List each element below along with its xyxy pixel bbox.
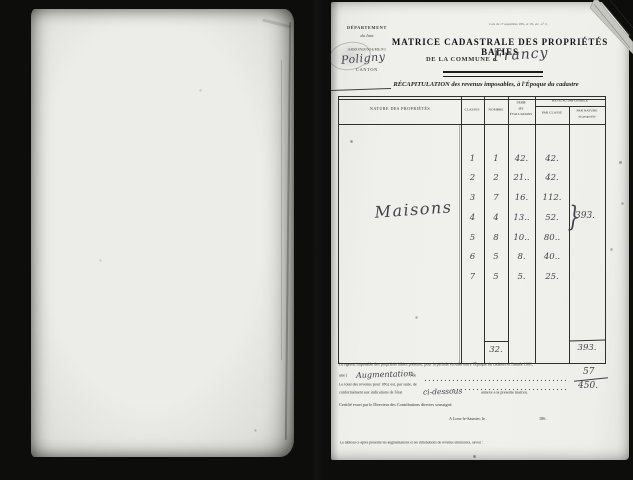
column-header-evaluations: ÉVALUATIONS bbox=[507, 113, 535, 116]
scan-background: DÉPARTEMENT du Jura ARRONDISSEMENT Polig… bbox=[0, 0, 633, 480]
augmentation-handwritten: Augmentation bbox=[356, 369, 414, 380]
page-curl-crease bbox=[281, 60, 282, 360]
folded-corner bbox=[586, 0, 633, 54]
paper-speckles bbox=[0, 0, 1, 1]
row-classe: 7 bbox=[461, 271, 484, 283]
column-header-tarif-des: des bbox=[506, 107, 536, 111]
document-page: DÉPARTEMENT du Jura ARRONDISSEMENT Polig… bbox=[331, 2, 629, 460]
row-par-classe: 25. bbox=[535, 271, 569, 283]
column-rule bbox=[461, 97, 462, 363]
footnote-line: Le tableau ci-après présente les augment… bbox=[340, 441, 483, 445]
summary-annexe: annexé à la présente matrice. bbox=[481, 391, 528, 395]
year-blank: 186 . bbox=[539, 417, 547, 421]
etat-handwritten: ci-dessous bbox=[423, 386, 463, 396]
column-rule bbox=[508, 97, 509, 363]
par-nature-total: 393. bbox=[575, 211, 605, 221]
left-blank-page bbox=[31, 9, 294, 457]
row-tarif: 13.. bbox=[508, 212, 535, 224]
row-classe: 2 bbox=[461, 172, 484, 184]
group-header-rule bbox=[535, 106, 605, 107]
canton-label: CANTON bbox=[345, 68, 390, 72]
row-tarif: 21.. bbox=[508, 172, 535, 184]
row-par-classe: 42. bbox=[535, 172, 569, 184]
column-rule bbox=[484, 97, 485, 363]
column-header-par-nature-2: de propriété bbox=[573, 115, 602, 118]
row-nombre: 5 bbox=[484, 271, 508, 283]
increase-amount: 57 bbox=[583, 367, 594, 377]
row-classe: 3 bbox=[461, 192, 484, 204]
column-header-par-classe: PAR CLASSE bbox=[538, 111, 567, 114]
row-nombre: 4 bbox=[484, 212, 508, 224]
summary-line-total: Le total des revenus pour 1862 est, par … bbox=[339, 383, 417, 387]
column-rule-ghost bbox=[459, 125, 460, 363]
law-reference-note: Lois du 17 septembre 186., et 18., etc.,… bbox=[468, 23, 570, 26]
column-header-par-nature: PAR NATURE bbox=[573, 109, 602, 112]
page-binding bbox=[291, 0, 339, 480]
row-tarif: 8. bbox=[508, 251, 535, 263]
header-bottom-rule bbox=[339, 124, 605, 125]
row-classe: 6 bbox=[461, 251, 484, 263]
row-classe: 1 bbox=[461, 153, 484, 165]
commune-handwritten-value: Francy bbox=[493, 45, 550, 65]
column-header-classes: CLASSES bbox=[460, 108, 483, 111]
row-nombre: 2 bbox=[484, 172, 508, 184]
total-amount: 450. bbox=[578, 381, 598, 391]
row-par-classe: 42. bbox=[535, 153, 569, 165]
group-header-revenu-imposable: REVENU IMPOSABLE bbox=[549, 99, 591, 103]
place-date-line: A Lons-le-Saunier, le . bbox=[449, 417, 487, 421]
summary-line-revenu: Le revenu imposable des propriétés bâtie… bbox=[339, 363, 533, 367]
column-rule bbox=[569, 106, 570, 363]
row-classe: 4 bbox=[461, 212, 484, 224]
row-nombre: 7 bbox=[484, 192, 508, 204]
row-par-classe: 52. bbox=[535, 212, 569, 224]
row-par-classe: 80.. bbox=[535, 232, 569, 244]
column-header-nature: NATURE DES PROPRIÉTÉS bbox=[357, 107, 442, 111]
recapitulation-subtitle: RÉCAPITULATION des revenus imposables, à… bbox=[361, 81, 611, 88]
commune-label: DE LA COMMUNE d bbox=[426, 56, 497, 63]
column-rule bbox=[535, 97, 536, 363]
total-nombre: 32. bbox=[484, 344, 508, 356]
summary-une-prefix: une ( bbox=[339, 374, 347, 378]
summary-conformement: conformément aux indications de l'état bbox=[339, 391, 402, 395]
row-par-classe: 40.. bbox=[535, 251, 569, 263]
dotted-leader bbox=[425, 380, 569, 381]
row-tarif: 5. bbox=[508, 271, 535, 283]
column-header-tarif: TARIF bbox=[506, 101, 536, 105]
row-nombre: 5 bbox=[484, 251, 508, 263]
department-label: DÉPARTEMENT bbox=[345, 26, 390, 30]
row-par-classe: 112. bbox=[535, 192, 569, 204]
column-header-nombre: NOMBRE bbox=[484, 108, 507, 111]
row-tarif: 42. bbox=[508, 153, 535, 165]
recapitulation-table: NATURE DES PROPRIÉTÉS CLASSES NOMBRE TAR… bbox=[338, 96, 606, 364]
row-classe: 5 bbox=[461, 232, 484, 244]
total-rule bbox=[484, 341, 508, 342]
dotted-leader bbox=[453, 389, 569, 390]
total-par-nature: 393. bbox=[569, 342, 605, 354]
certification-line: Certifié exact par le Directeur des Cont… bbox=[339, 403, 452, 407]
nature-handwritten-maisons: Maisons bbox=[360, 196, 466, 222]
summary-de-suffix: ) de bbox=[410, 374, 416, 378]
title-divider bbox=[443, 71, 543, 77]
row-tarif: 10.. bbox=[508, 232, 535, 244]
row-nombre: 1 bbox=[484, 153, 508, 165]
row-nombre: 8 bbox=[484, 232, 508, 244]
row-tarif: 16. bbox=[508, 192, 535, 204]
